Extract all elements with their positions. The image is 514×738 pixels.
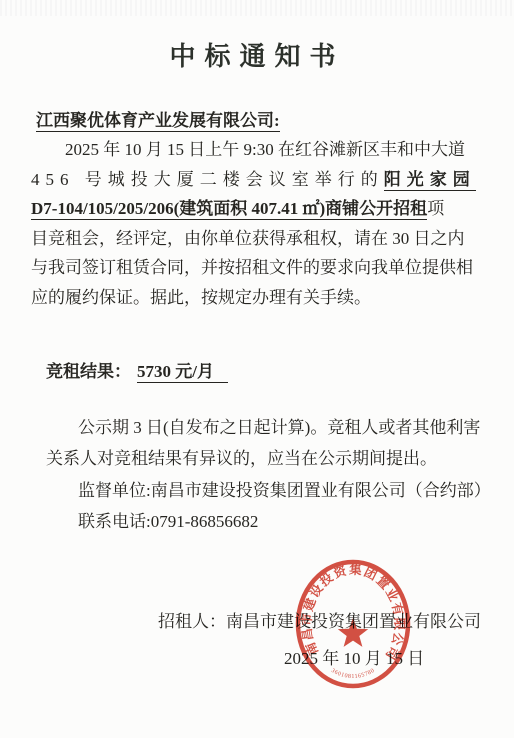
body-line: 目竞租会，经评定，由你单位获得承租权，请在 30 日之内	[31, 227, 458, 257]
addressee: 江西聚优体育产业发展有限公司:	[36, 111, 280, 132]
body-line: 456 号城投大厦二楼会议室举行的阳光家园	[31, 168, 458, 198]
body-paragraph-2: 公示期 3 日(自发布之日起计算)。竞租人或者其他利害 关系人对竞租结果有异议的…	[46, 416, 466, 541]
body-text: 456 号城投大厦二楼会议室举行的	[31, 170, 384, 189]
body-line: 关系人对竞租结果有异议的，应当在公示期间提出。	[46, 447, 466, 478]
company-seal-stamp: 南昌市建设投资集团置业有限公司 3601081165780	[293, 558, 413, 694]
star-icon	[338, 618, 368, 647]
bid-result-label: 竞租结果：	[46, 362, 131, 381]
body-line: 2025 年 10 月 15 日上午 9:30 在红谷滩新区丰和中大道	[31, 138, 458, 168]
body-text: 目竞租会，经评定，由你单位获得承租权，请在 30 日之内	[31, 229, 465, 248]
supervisor-text: 监督单位:南昌市建设投资集团置业有限公司（合约部）	[78, 481, 491, 500]
body-line: 与我司签订租赁合同，并按招租文件的要求向我单位提供相	[31, 256, 458, 286]
body-text: 2025 年 10 月 15 日上午 9:30 在红谷滩新区丰和中大道	[65, 140, 465, 159]
seal-serial-textpath: 3601081165780	[330, 668, 376, 680]
supervisor-line: 监督单位:南昌市建设投资集团置业有限公司（合约部）	[46, 479, 466, 510]
body-paragraph-1: 2025 年 10 月 15 日上午 9:30 在红谷滩新区丰和中大道 456 …	[31, 138, 458, 316]
body-text: 应的履约保证。据此，按规定办理有关手续。	[31, 288, 371, 307]
body-text: 关系人对竞租结果有异议的，应当在公示期间提出。	[46, 449, 437, 468]
body-line: 公示期 3 日(自发布之日起计算)。竞租人或者其他利害	[46, 416, 466, 447]
body-text: 项	[427, 199, 444, 218]
contact-phone: 联系电话:0791-86856682	[78, 512, 258, 531]
document-page: 中标通知书 江西聚优体育产业发展有限公司: 2025 年 10 月 15 日上午…	[0, 0, 514, 738]
project-name-emphasis: 阳光家园	[384, 170, 476, 191]
body-text: 公示期 3 日(自发布之日起计算)。竞租人或者其他利害	[78, 418, 480, 437]
seal-serial-number: 3601081165780	[330, 668, 376, 680]
project-name-emphasis: D7-104/105/205/206(建筑面积 407.41 ㎡)商铺公开招租	[31, 199, 427, 220]
body-line: D7-104/105/205/206(建筑面积 407.41 ㎡)商铺公开招租项	[31, 197, 458, 227]
addressee-row: 江西聚优体育产业发展有限公司:	[36, 106, 280, 131]
bid-result-value: 5730 元/月	[137, 362, 228, 383]
body-line: 应的履约保证。据此，按规定办理有关手续。	[31, 286, 458, 316]
body-text: 与我司签订租赁合同，并按招租文件的要求向我单位提供相	[31, 258, 473, 277]
page-title: 中标通知书	[0, 36, 514, 73]
contact-phone-line: 联系电话:0791-86856682	[46, 510, 466, 541]
bid-result-row: 竞租结果：5730 元/月	[46, 357, 228, 382]
scan-artifact	[0, 0, 514, 16]
